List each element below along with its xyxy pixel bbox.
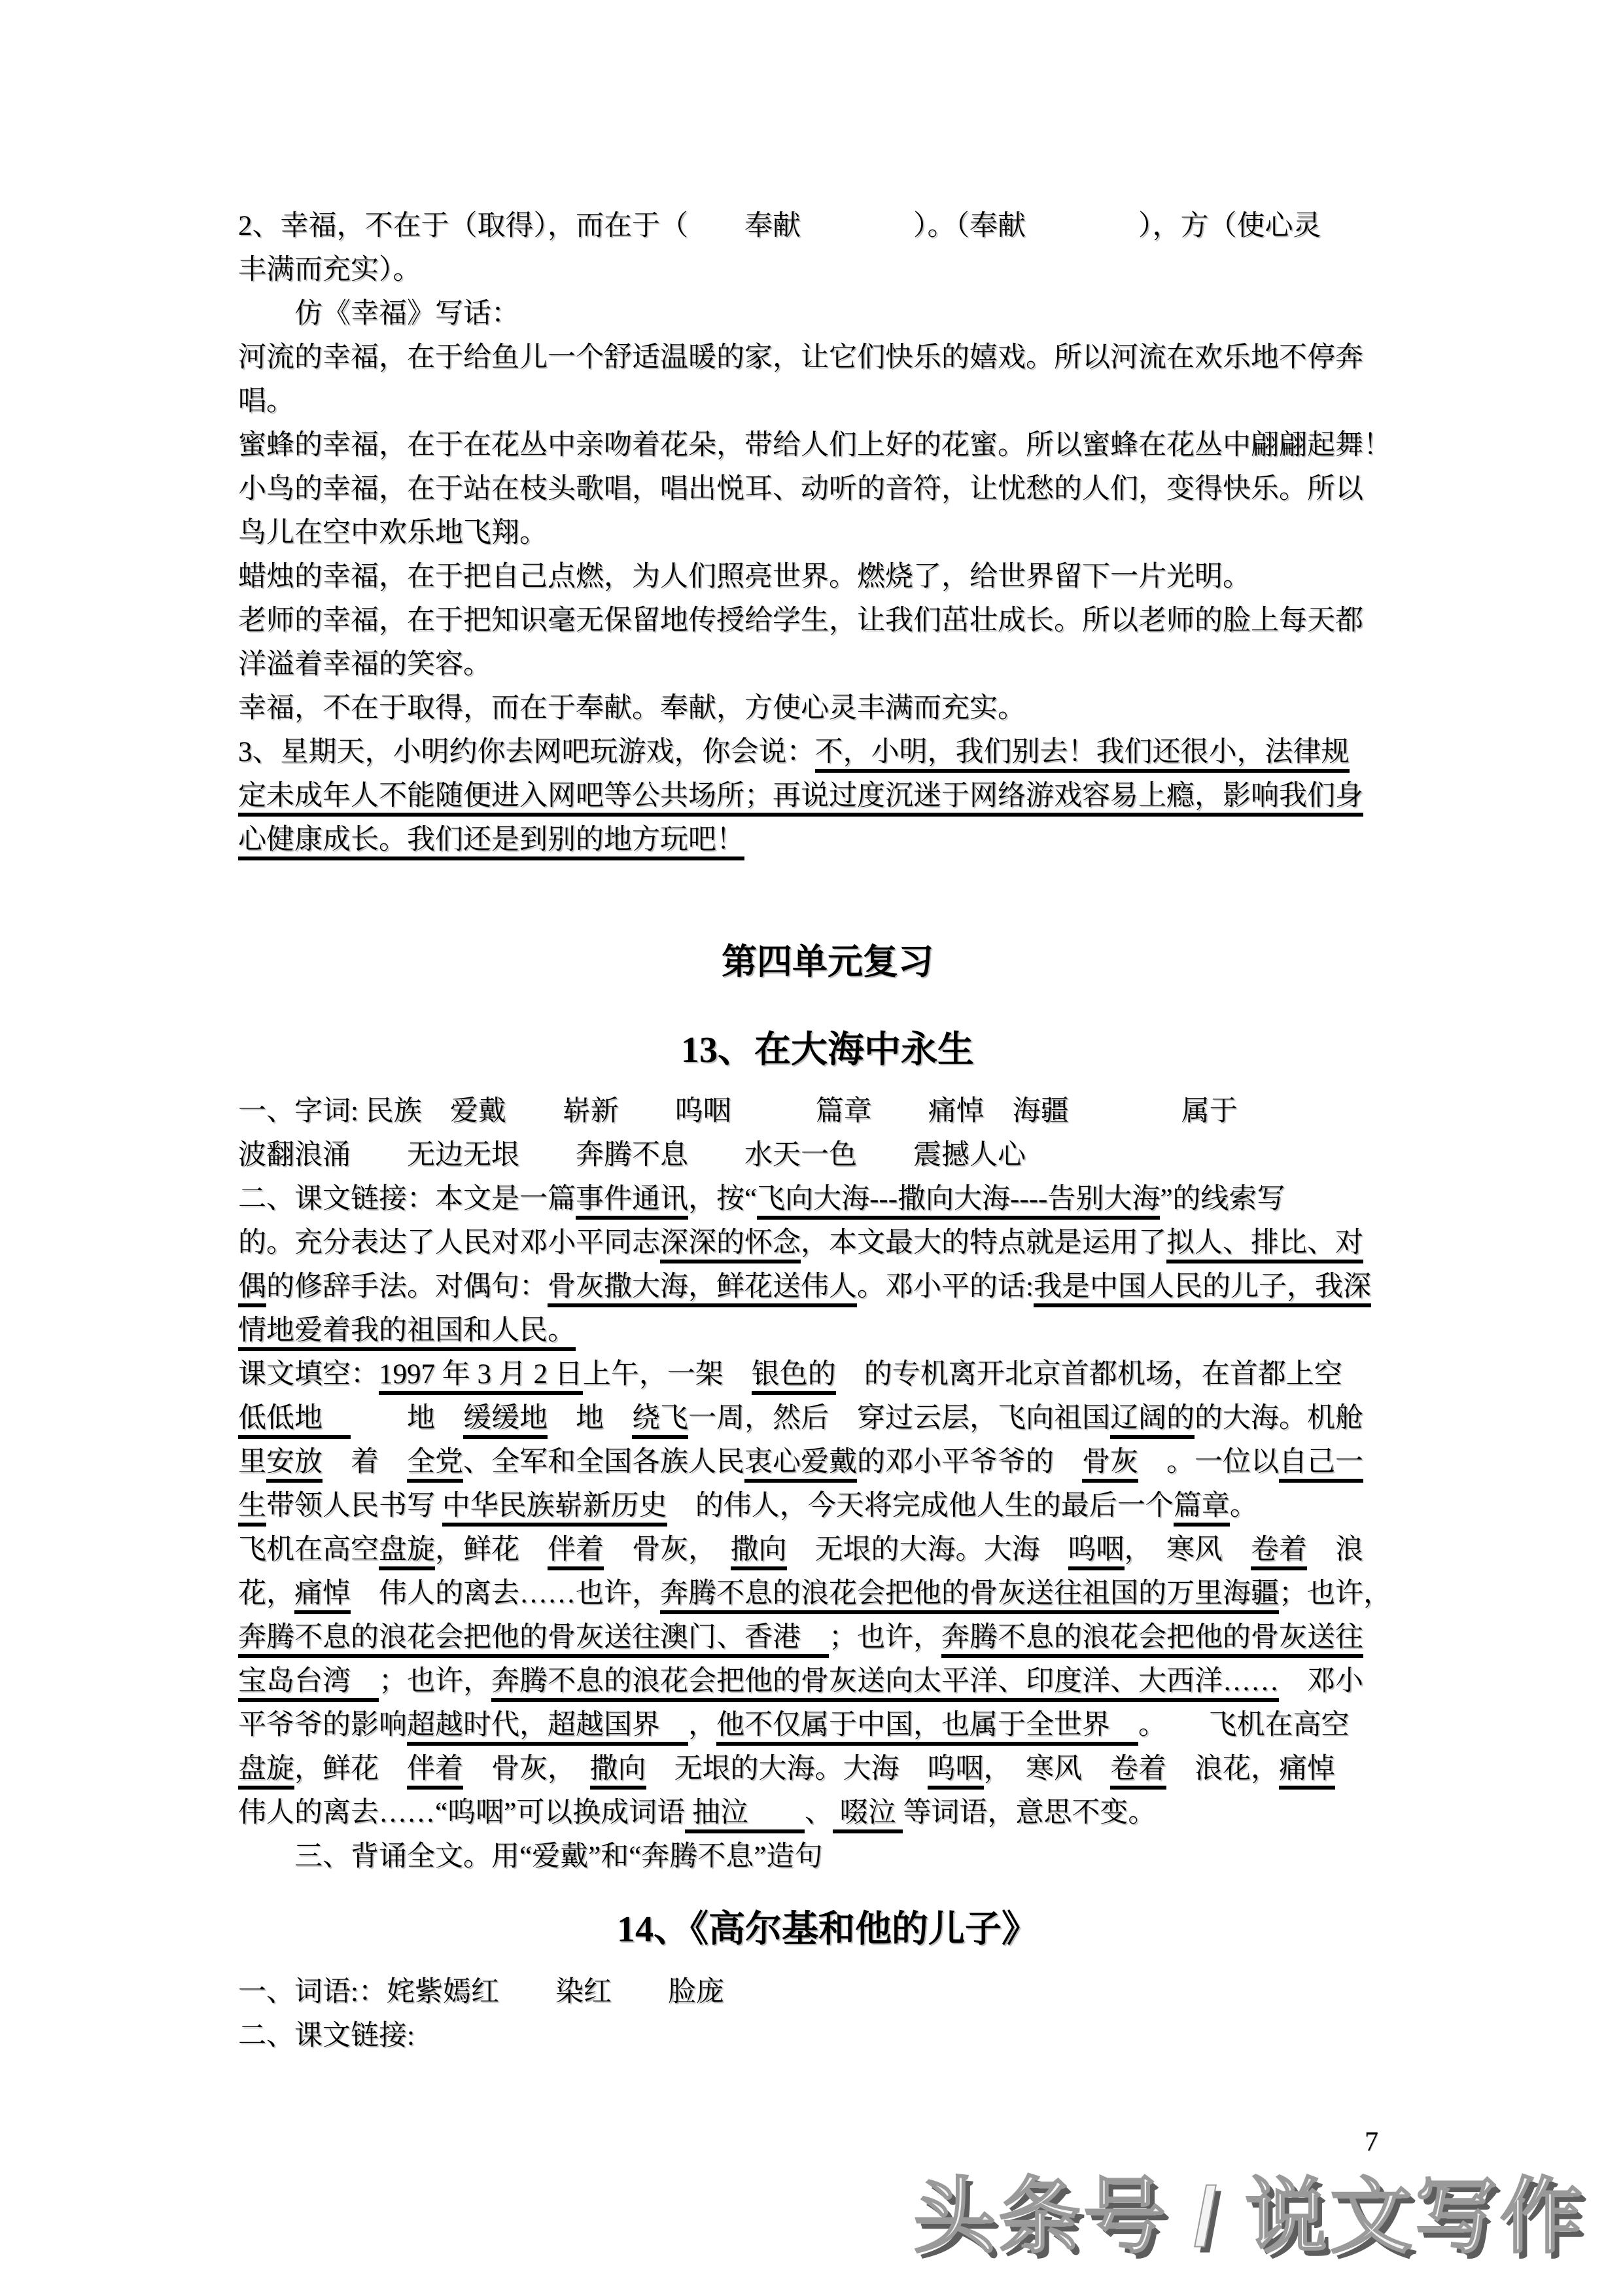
text-line: 盘旋，鲜花 伴着 骨灰， 撒向 无垠的大海。大海 呜咽， 寒风 卷着 浪花，痛悼	[238, 1747, 1417, 1791]
underlined-answer-text: 撒向	[590, 1754, 646, 1790]
text-segment: ，鲜花	[435, 1534, 548, 1565]
text-segment: 伟人的离去……也许，	[351, 1578, 660, 1609]
text-line: 偶的修辞手法。对偶句：骨灰撒大海，鲜花送伟人。邓小平的话:我是中国人民的儿子，我…	[238, 1265, 1417, 1309]
text-segment: 。	[1230, 1491, 1258, 1521]
underlined-answer-text: 定未成年人不能随便进入网吧等公共场所；再说过度沉迷于网络游戏容易上瘾，影响我们身	[238, 781, 1363, 817]
text-segment: 二、课文链接：本文是一篇	[238, 1184, 576, 1214]
text-line: 丰满而充实）。	[238, 248, 1417, 292]
text-line: 宝岛台湾 ；也许，奔腾不息的浪花会把他的骨灰送向太平洋、印度洋、大西洋…… 邓小	[238, 1659, 1417, 1703]
text-segment: 老师的幸福，在于把知识毫无保留地传授给学生，让我们茁壮成长。所以老师的脸上每天都	[238, 605, 1363, 636]
underlined-answer-text: 飞向大海---撒向大海----告别大海	[757, 1184, 1160, 1220]
text-segment: ；也许，	[1279, 1578, 1391, 1609]
lesson13-body: 一、字词: 民族 爱戴 崭新 呜咽 篇章 痛悼 海疆 属于波翻浪涌 无边无垠 奔…	[238, 1089, 1417, 1879]
text-segment: 伟人的离去……“呜咽”可以换成词语	[238, 1797, 685, 1828]
text-line: 生带领人民书写 中华民族崭新历史 的伟人，今天将完成他人生的最后一个篇章。	[238, 1484, 1417, 1528]
text-line: 3、星期天，小明约你去网吧玩游戏，你会说：不，小明，我们别去！我们还很小，法律规	[238, 730, 1417, 774]
text-line: 伟人的离去……“呜咽”可以换成词语 抽泣 、 啜泣 等词语，意思不变。	[238, 1791, 1417, 1835]
underlined-answer-text: 低低地	[238, 1403, 351, 1439]
text-line: 低低地 地 缓缓地 地 绕飞一周，然后 穿过云层，飞向祖国辽阔的的大海。机舱	[238, 1396, 1417, 1440]
worksheet-content: 2、幸福，不在于（取得），而在于（ 奉献 ）。（奉献 ），方（使心灵丰满而充实）…	[238, 204, 1417, 2058]
text-segment: 小鸟的幸福，在于站在枝头歌唱，唱出悦耳、动听的音符，让忧愁的人们，变得快乐。所以	[238, 474, 1363, 504]
underlined-answer-text: 呜咽	[928, 1754, 984, 1790]
text-segment: 一、字词: 民族 爱戴 崭新 呜咽 篇章 痛悼 海疆 属于	[238, 1096, 1238, 1127]
text-segment: 浪花，	[1166, 1754, 1279, 1784]
worksheet-page: { "document": { "intro_lines": [ [{"t":"…	[0, 0, 1623, 2296]
underlined-answer-text: 中华民族崭新历史	[442, 1491, 667, 1527]
text-line: 飞机在高空盘旋，鲜花 伴着 骨灰， 撒向 无垠的大海。大海 呜咽， 寒风 卷着 …	[238, 1528, 1417, 1572]
text-line: 二、课文链接:	[238, 2014, 1417, 2058]
underlined-answer-text: 情地爱着我的祖国和人民。	[238, 1315, 576, 1351]
underlined-answer-text: 不，小明，我们别去！我们还很小，法律规	[815, 737, 1350, 773]
text-segment: 里	[238, 1447, 266, 1477]
text-line: 的。充分表达了人民对邓小平同志深深的怀念，本文最大的特点就是运用了拟人、排比、对	[238, 1221, 1417, 1265]
text-segment: 、	[805, 1797, 833, 1828]
underlined-answer-text: 事件通讯	[576, 1184, 688, 1220]
text-segment: 骨灰，	[604, 1534, 731, 1565]
text-segment: ，	[688, 1710, 716, 1740]
text-segment: 一周，然后 穿过云层，飞向祖国	[688, 1403, 1110, 1434]
underlined-answer-text: 宝岛台湾	[238, 1666, 379, 1702]
text-line: 心健康成长。我们还是到别的地方玩吧！	[238, 818, 1417, 862]
text-line: 2、幸福，不在于（取得），而在于（ 奉献 ）。（奉献 ），方（使心灵	[238, 204, 1417, 248]
underlined-answer-text: 我是中国人民的儿子，我深	[1034, 1271, 1371, 1307]
text-segment: 的修辞手法。对偶句：	[266, 1271, 548, 1302]
underlined-answer-text: 全党	[407, 1447, 463, 1483]
text-segment: 浪	[1307, 1534, 1363, 1565]
text-segment: 着	[323, 1447, 407, 1477]
underlined-answer-text: 辽阔的	[1110, 1403, 1195, 1439]
text-line: 蜜蜂的幸福，在于在花丛中亲吻着花朵，带给人们上好的花蜜。所以蜜蜂在花丛中翩翩起舞…	[238, 423, 1417, 467]
text-segment: 无垠的大海。大海	[787, 1534, 1068, 1565]
text-line: 仿《幸福》写话：	[238, 292, 1417, 336]
text-line: 一、字词: 民族 爱戴 崭新 呜咽 篇章 痛悼 海疆 属于	[238, 1089, 1417, 1133]
text-segment: 唱。	[238, 386, 294, 417]
text-segment: 。 飞机在高空	[1138, 1710, 1350, 1740]
text-segment: 蜡烛的幸福，在于把自己点燃，为人们照亮世界。燃烧了，给世界留下一片光明。	[238, 561, 1251, 592]
underlined-answer-text: 痛悼	[1279, 1754, 1335, 1790]
text-segment: 。一位以	[1138, 1447, 1279, 1477]
text-line: 花，痛悼 伟人的离去……也许，奔腾不息的浪花会把他的骨灰送往祖国的万里海疆；也许…	[238, 1572, 1417, 1616]
underlined-answer-text: 心健康成长。我们还是到别的地方玩吧！	[238, 824, 744, 860]
text-line: 洋溢着幸福的笑容。	[238, 643, 1417, 686]
underlined-answer-text: 他不仅属于中国，也属于全世界	[716, 1710, 1138, 1746]
text-segment: ， 寒风	[1125, 1534, 1251, 1565]
underlined-answer-text: 盘旋	[379, 1534, 435, 1570]
text-line: 鸟儿在空中欢乐地飞翔。	[238, 511, 1417, 555]
underlined-answer-text: 抽泣	[685, 1797, 805, 1833]
underlined-answer-text: 痛悼	[294, 1578, 351, 1614]
text-line: 二、课文链接：本文是一篇事件通讯，按“飞向大海---撒向大海----告别大海”的…	[238, 1177, 1417, 1221]
text-segment: 二、课文链接:	[238, 2021, 415, 2051]
underlined-answer-text: 伴着	[548, 1534, 604, 1570]
text-segment: 等词语，意思不变。	[903, 1797, 1156, 1828]
text-line: 波翻浪涌 无边无垠 奔腾不息 水天一色 震撼人心	[238, 1133, 1417, 1177]
text-segment: 的专机离开北京首都机场，在首都上空	[836, 1359, 1342, 1390]
text-segment: 河流的幸福，在于给鱼儿一个舒适温暖的家，让它们快乐的嬉戏。所以河流在欢乐地不停奔	[238, 342, 1363, 373]
text-segment: 平爷爷的影响	[238, 1710, 407, 1740]
text-segment: 的大海。机舱	[1195, 1403, 1363, 1434]
text-segment: 仿《幸福》写话：	[238, 298, 519, 329]
underlined-answer-text: 生	[238, 1491, 266, 1527]
underlined-answer-text: 缓缓地	[463, 1403, 548, 1439]
underlined-answer-text: 奔腾不息的浪花会把他的骨灰送往	[941, 1622, 1363, 1658]
text-line: 定未成年人不能随便进入网吧等公共场所；再说过度沉迷于网络游戏容易上瘾，影响我们身	[238, 774, 1417, 818]
text-line: 情地爱着我的祖国和人民。	[238, 1309, 1417, 1352]
text-line: 平爷爷的影响超越时代，超越国界 ，他不仅属于中国，也属于全世界 。 飞机在高空	[238, 1703, 1417, 1747]
text-segment: 洋溢着幸福的笑容。	[238, 649, 491, 680]
underlined-answer-text: 偶	[238, 1271, 266, 1307]
text-segment: 3、星期天，小明约你去网吧玩游戏，你会说：	[238, 737, 815, 768]
text-segment: 的。充分表达了人民对邓小平同志	[238, 1227, 660, 1258]
text-segment: 的伟人，今天将完成他人生的最后一个	[667, 1491, 1174, 1521]
text-segment: 地	[351, 1403, 463, 1434]
text-segment: 上午，一架	[583, 1359, 752, 1390]
text-segment: 带领人民书写	[266, 1491, 442, 1521]
underlined-answer-text: 撒向	[731, 1534, 787, 1570]
text-line: 里安放 着 全党、全军和全国各族人民衷心爱戴的邓小平爷爷的 骨灰 。一位以自己一	[238, 1440, 1417, 1484]
text-segment: 波翻浪涌 无边无垠 奔腾不息 水天一色 震撼人心	[238, 1140, 1026, 1171]
underlined-answer-text: 卷着	[1110, 1754, 1166, 1790]
unit4-review-heading: 第四单元复习	[238, 942, 1417, 982]
lesson13-heading: 13、在大海中永生	[238, 1029, 1417, 1071]
lesson14-body: 一、词语:：姹紫嫣红 染红 脸庞二、课文链接:	[238, 1970, 1417, 2058]
underlined-answer-text: 奔腾不息的浪花会把他的骨灰送往澳门、香港	[238, 1622, 829, 1658]
underlined-answer-text: 绕飞	[632, 1403, 688, 1439]
underlined-answer-text: 伴着	[407, 1754, 463, 1790]
text-segment: 邓小	[1279, 1666, 1363, 1697]
watermark: 头条号 / 说文写作	[913, 2171, 1585, 2263]
underlined-answer-text: 自己一	[1279, 1447, 1363, 1483]
page-number: 7	[1365, 2127, 1378, 2158]
text-segment: 。邓小平的话:	[857, 1271, 1034, 1302]
text-segment: 一、词语:：姹紫嫣红 染红 脸庞	[238, 1977, 724, 2007]
text-line: 课文填空：1997 年 3 月 2 日上午，一架 银色的 的专机离开北京首都机场…	[238, 1352, 1417, 1396]
underlined-answer-text: 卷着	[1251, 1534, 1307, 1570]
section-review-questions: 2、幸福，不在于（取得），而在于（ 奉献 ）。（奉献 ），方（使心灵丰满而充实）…	[238, 204, 1417, 862]
underlined-answer-text: 安放	[266, 1447, 323, 1483]
text-line: 蜡烛的幸福，在于把自己点燃，为人们照亮世界。燃烧了，给世界留下一片光明。	[238, 555, 1417, 599]
text-line: 河流的幸福，在于给鱼儿一个舒适温暖的家，让它们快乐的嬉戏。所以河流在欢乐地不停奔	[238, 336, 1417, 380]
text-segment: 三、背诵全文。用“爱戴”和“奔腾不息”造句	[238, 1841, 822, 1872]
text-segment: 鸟儿在空中欢乐地飞翔。	[238, 518, 548, 548]
underlined-answer-text: 骨灰	[1082, 1447, 1138, 1483]
underlined-answer-text: 呜咽	[1068, 1534, 1125, 1570]
text-line: 奔腾不息的浪花会把他的骨灰送往澳门、香港 ；也许，奔腾不息的浪花会把他的骨灰送往	[238, 1616, 1417, 1659]
text-line: 三、背诵全文。用“爱戴”和“奔腾不息”造句	[238, 1835, 1417, 1879]
text-segment: ；也许，	[379, 1666, 491, 1697]
text-segment: 的邓小平爷爷的	[857, 1447, 1082, 1477]
text-segment: 飞机在高空	[238, 1534, 379, 1565]
underlined-answer-text: 骨灰撒大海，鲜花送伟人	[548, 1271, 857, 1307]
text-segment: 、全军和全国各族人民	[463, 1447, 744, 1477]
underlined-answer-text: 1997 年 3 月 2 日	[379, 1359, 583, 1395]
text-segment: ”的线索写	[1160, 1184, 1285, 1214]
text-segment: ；也许，	[829, 1622, 941, 1653]
underlined-answer-text: 超越时代，超越国界	[407, 1710, 688, 1746]
text-segment: ， 寒风	[984, 1754, 1111, 1784]
text-segment: 幸福，不在于取得，而在于奉献。奉献，方使心灵丰满而充实。	[238, 693, 1026, 724]
text-segment: 蜜蜂的幸福，在于在花丛中亲吻着花朵，带给人们上好的花蜜。所以蜜蜂在花丛中翩翩起舞…	[238, 430, 1391, 461]
underlined-answer-text: 奔腾不息的浪花会把他的骨灰送往祖国的万里海疆	[660, 1578, 1279, 1614]
underlined-answer-text: 啜泣	[833, 1797, 903, 1833]
text-segment: 地	[548, 1403, 632, 1434]
text-line: 幸福，不在于取得，而在于奉献。奉献，方使心灵丰满而充实。	[238, 686, 1417, 730]
text-line: 唱。	[238, 380, 1417, 423]
text-line: 一、词语:：姹紫嫣红 染红 脸庞	[238, 1970, 1417, 2014]
underlined-answer-text: 银色的	[752, 1359, 836, 1395]
underlined-answer-text: 篇章	[1174, 1491, 1230, 1527]
underlined-answer-text: 拟人、排比、对	[1166, 1227, 1363, 1263]
text-segment: 无垠的大海。大海	[646, 1754, 928, 1784]
text-segment: 2、幸福，不在于（取得），而在于（ 奉献 ）。（奉献 ），方（使心灵	[238, 211, 1321, 241]
text-segment: 课文填空：	[238, 1359, 379, 1390]
text-segment: ，按“	[688, 1184, 757, 1214]
text-segment: ，鲜花	[294, 1754, 407, 1784]
text-line: 老师的幸福，在于把知识毫无保留地传授给学生，让我们茁壮成长。所以老师的脸上每天都	[238, 599, 1417, 643]
underlined-answer-text: 盘旋	[238, 1754, 294, 1790]
underlined-answer-text: 衷心爱戴	[744, 1447, 857, 1483]
text-segment: ，本文最大的特点就是运用了	[801, 1227, 1166, 1258]
underlined-answer-text: 奔腾不息的浪花会把他的骨灰送向太平洋、印度洋、大西洋……	[491, 1666, 1279, 1702]
underlined-answer-text: 深深的怀念	[660, 1227, 801, 1263]
text-segment: 花，	[238, 1578, 294, 1609]
text-line: 小鸟的幸福，在于站在枝头歌唱，唱出悦耳、动听的音符，让忧愁的人们，变得快乐。所以	[238, 467, 1417, 511]
text-segment: 骨灰，	[463, 1754, 590, 1784]
lesson14-heading: 14、《高尔基和他的儿子》	[238, 1909, 1417, 1951]
text-segment: 丰满而充实）。	[238, 255, 421, 285]
